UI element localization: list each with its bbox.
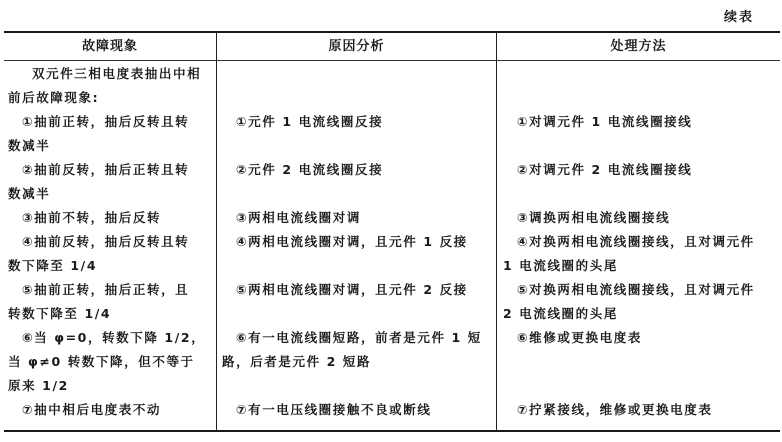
solution-text: ②对调元件 2 电流线圈接线 — [517, 158, 692, 182]
table-header-rule — [4, 60, 780, 61]
phenomenon-text: ③抽前不转，抽后反转 — [22, 206, 161, 230]
phenomenon-text: ⑦抽中相后电度表不动 — [22, 398, 161, 422]
phenomenon-text: ①抽前正转，抽后反转且转 — [22, 110, 189, 134]
phenomenon-text: 前后故障现象: — [8, 86, 99, 110]
phenomenon-text: 数下降至 1/4 — [8, 254, 97, 278]
phenomenon-text: 数减半 — [8, 182, 50, 206]
solution-text: ④对换两相电流线圈接线，且对调元件 — [517, 230, 755, 254]
solution-text: ⑦拧紧接线，维修或更换电度表 — [517, 398, 712, 422]
phenomenon-text: ②抽前反转，抽后正转且转 — [22, 158, 189, 182]
phenomenon-text: 转数下降至 1/4 — [8, 302, 111, 326]
solution-text: 1 电流线圈的头尾 — [503, 254, 618, 278]
cause-text: ②元件 2 电流线圈反接 — [236, 158, 383, 182]
phenomenon-text: ④抽前反转，抽后反转且转 — [22, 230, 189, 254]
solution-text: ①对调元件 1 电流线圈接线 — [517, 110, 692, 134]
cause-text: 路，后者是元件 2 短路 — [222, 350, 371, 374]
cause-text: ④两相电流线圈对调，且元件 1 反接 — [236, 230, 468, 254]
phenomenon-text: 当 φ≠0 转数下降，但不等于 — [8, 350, 195, 374]
cause-text: ⑤两相电流线圈对调，且元件 2 反接 — [236, 278, 468, 302]
table-bottom-rule — [4, 430, 780, 432]
solution-text: 2 电流线圈的头尾 — [503, 302, 618, 326]
solution-text: ⑥维修或更换电度表 — [517, 326, 642, 350]
column-divider-1 — [216, 32, 217, 431]
phenomenon-text: ⑥当 φ=0，转数下降 1/2， — [22, 326, 205, 350]
header-phenomenon: 故障现象 — [4, 33, 216, 60]
phenomenon-text: 原来 1/2 — [8, 374, 69, 398]
solution-text: ③调换两相电流线圈接线 — [517, 206, 670, 230]
cause-text: ③两相电流线圈对调 — [236, 206, 361, 230]
header-cause: 原因分析 — [217, 33, 496, 60]
phenomenon-text: 双元件三相电度表抽出中相 — [32, 62, 201, 86]
table-caption: 续表 — [724, 6, 754, 25]
cause-text: ①元件 1 电流线圈反接 — [236, 110, 383, 134]
cause-text: ⑦有一电压线圈接触不良或断线 — [236, 398, 431, 422]
phenomenon-text: 数减半 — [8, 134, 50, 158]
cause-text: ⑥有一电流线圈短路，前者是元件 1 短 — [236, 326, 482, 350]
header-solution: 处理方法 — [497, 33, 780, 60]
solution-text: ⑤对换两相电流线圈接线，且对调元件 — [517, 278, 755, 302]
phenomenon-text: ⑤抽前正转，抽后正转，且 — [22, 278, 189, 302]
column-divider-2 — [496, 32, 497, 431]
